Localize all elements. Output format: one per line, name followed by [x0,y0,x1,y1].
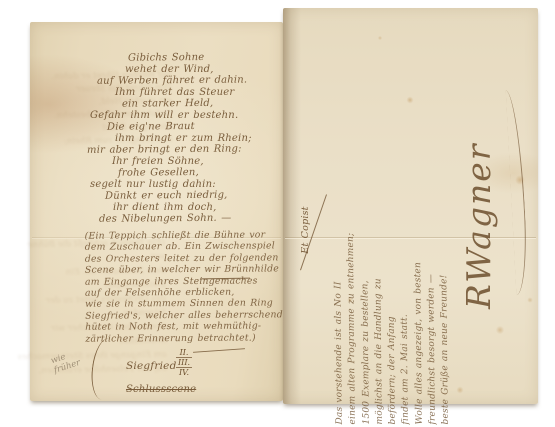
stage-direction-line: zärtlicher Erinnerung betrachtet.) [85,332,290,345]
manuscript-page-right: Et Copist Das vorstehende ist als No II … [283,8,538,404]
poem-line: ihm bringt er zum Rhein; [115,133,280,145]
poem-line: auf Werben fähret er dahin. [97,74,280,87]
poem-line: mir aber bringt er den Ring: [87,143,280,156]
poem-line: Die eig'ne Braut [107,120,280,133]
poem-line: segelt nur lustig dahin: [90,179,280,191]
poem-line: frohe Gesellen, [118,166,280,179]
poem-line: Ihm führet das Steuer [115,87,280,99]
poem-line: ein starker Held, [122,97,280,110]
act-numerals: II. III. IV. [176,348,192,377]
poem-line: Dünkt er euch niedrig, [105,189,280,202]
underline-stroke [193,348,245,353]
stage-direction-line: hütet in Noth fest, mit wehmüthig- [85,321,290,334]
title-word: Siegfried [126,360,177,372]
manuscript-page-left: auf Werben fähret er dahin. Ihm führet d… [30,22,283,401]
poem-text: Gibichs Sohne wehet der Wind, auf Werben… [85,52,280,225]
stage-direction-line: Scene über, in welcher wir Brünnhilde [85,264,290,277]
poem-line: Gefahr ihm will er bestehn. [90,110,280,122]
manuscript-photo: auf Werben fähret er dahin. Ihm führet d… [0,0,555,427]
note-line: beste Grüße an neue Freunde! [438,169,454,424]
instruction-note: Das vorstehende ist als No II einem alte… [333,170,453,425]
stage-direction-text: (Ein Teppich schließt die Bühne vor dem … [85,229,291,344]
poem-line: ihr dient ihm doch, [113,202,280,214]
poem-line: des Nibelungen Sohn. — [99,212,280,225]
struck-word: Schlussscene [126,384,196,395]
poem-line: Gibichs Sohne [128,51,280,64]
poem-line: wehet der Wind, [125,64,280,76]
wagner-signature: RWagner [459,54,534,309]
signature-flourish [506,90,530,295]
poem-line: Ihr freien Söhne, [112,156,280,168]
